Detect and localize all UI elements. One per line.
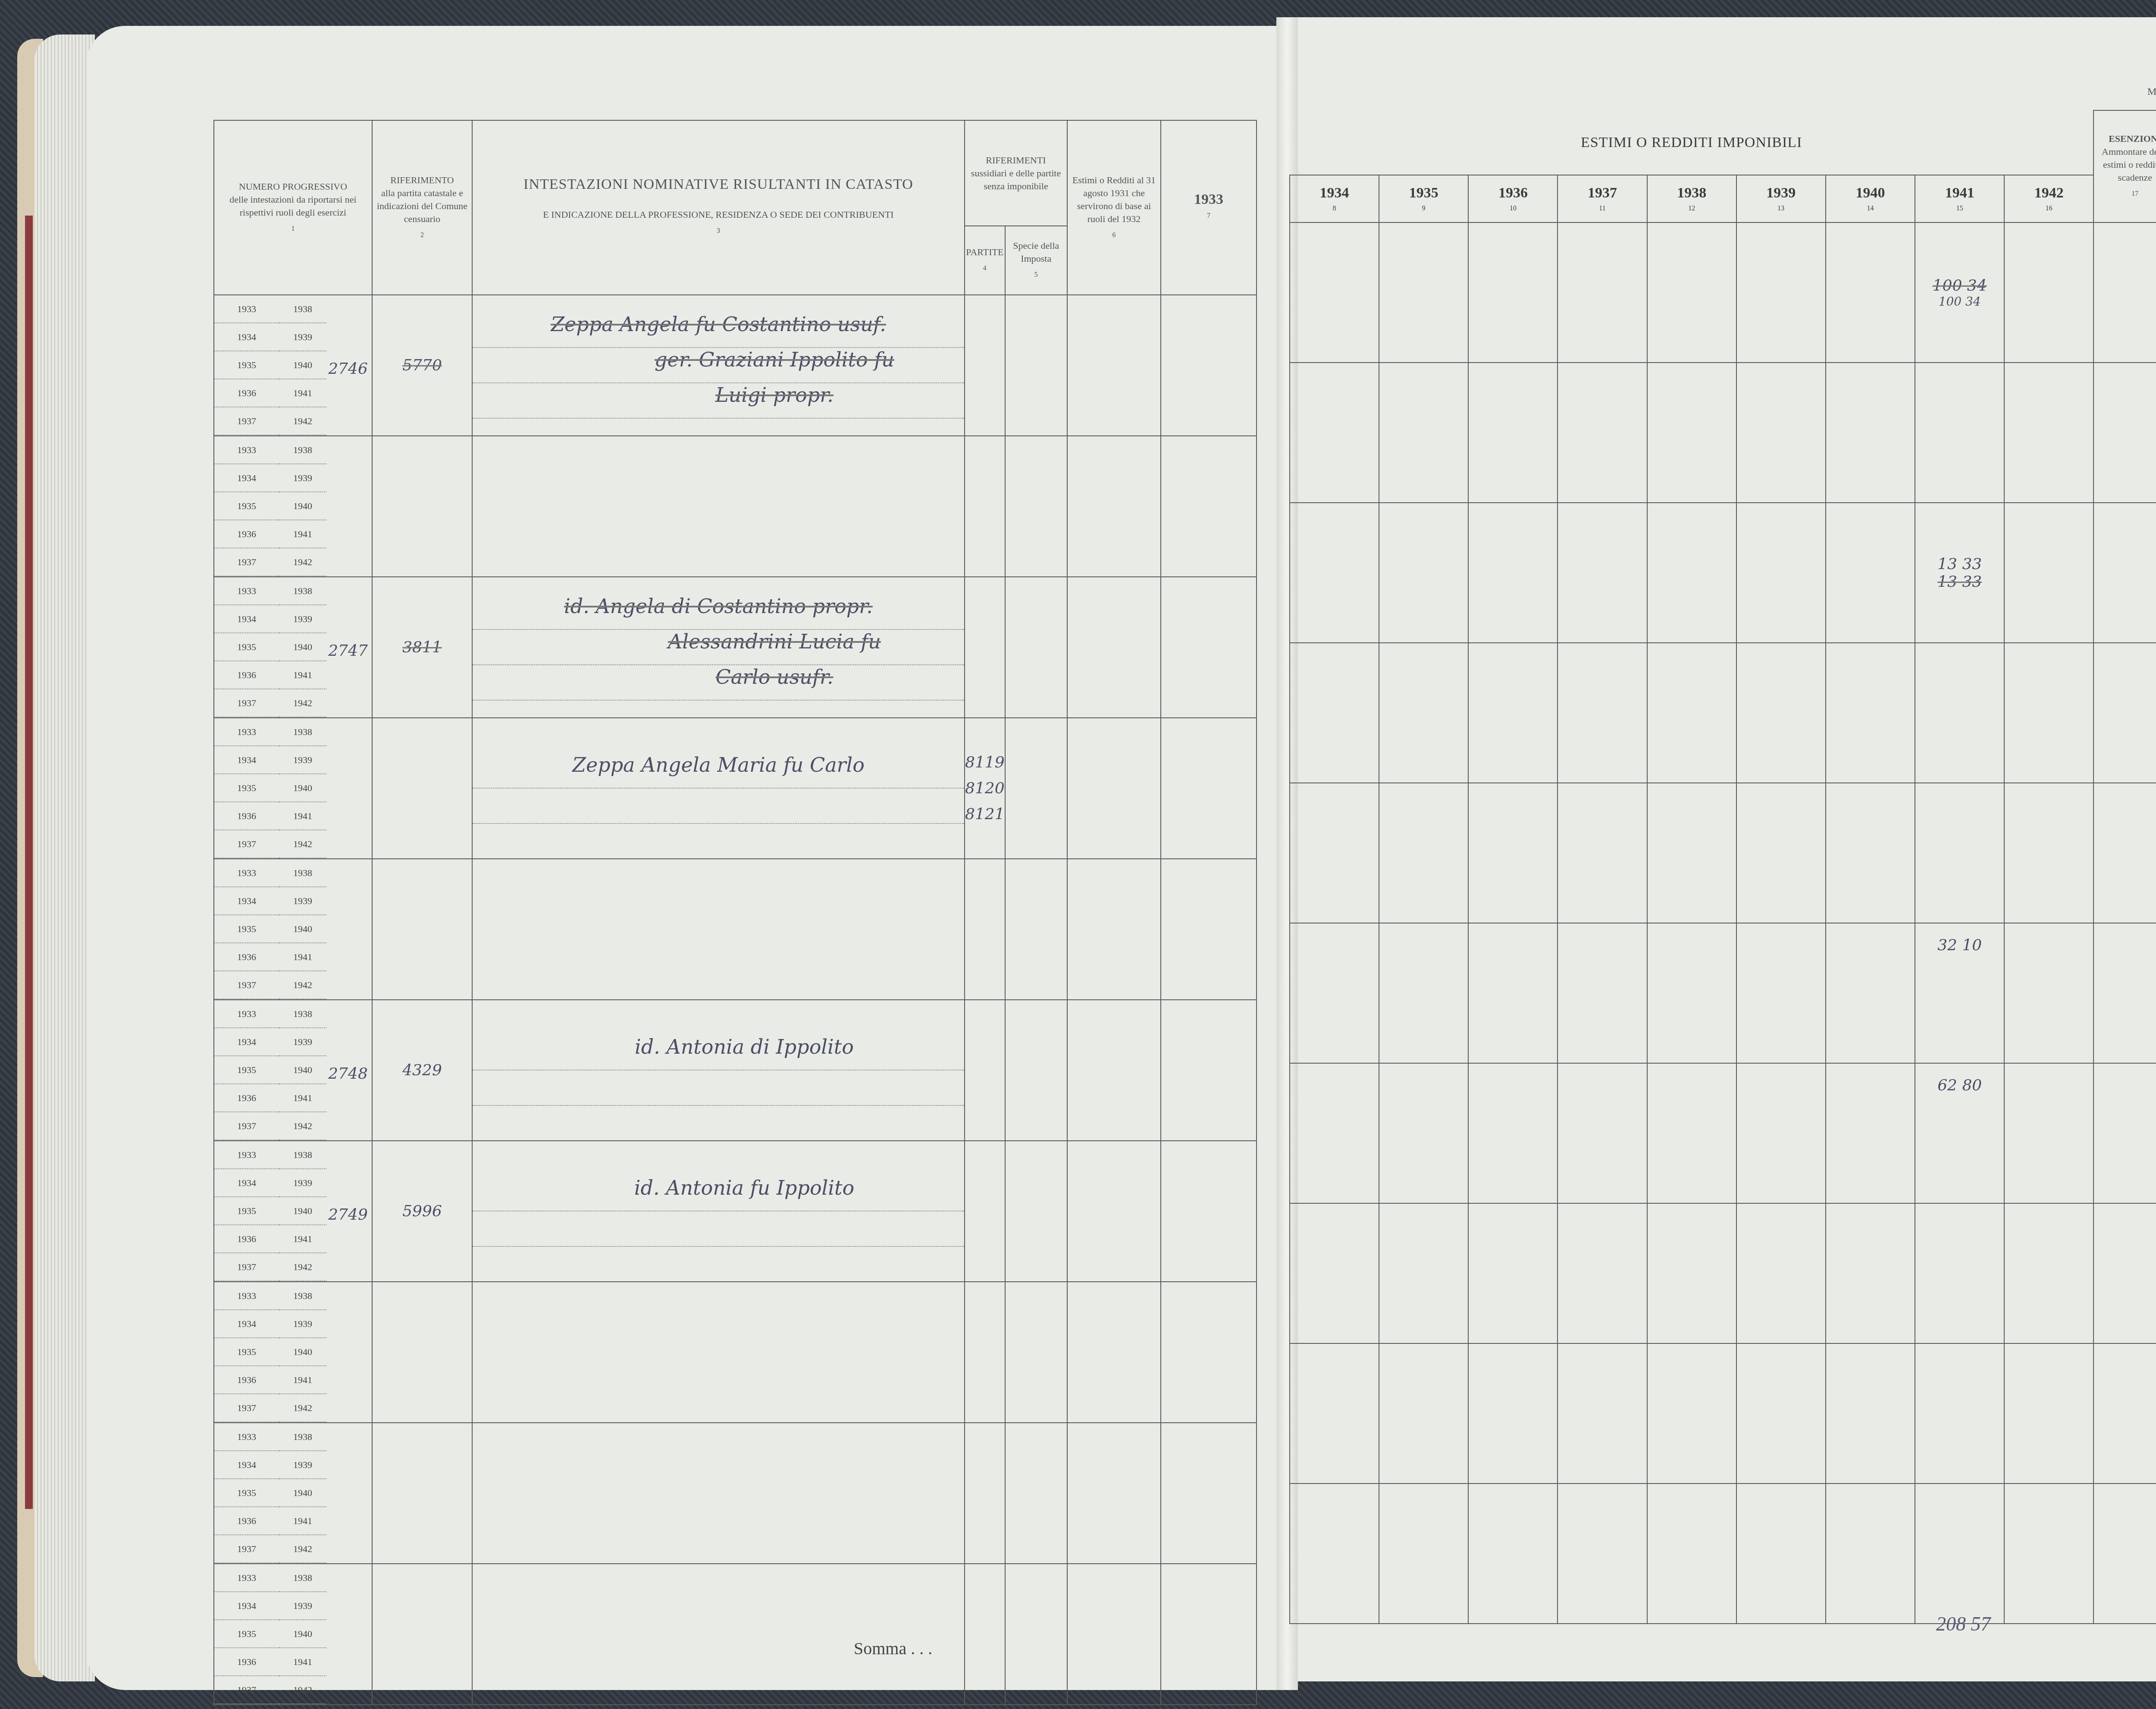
- year-label: 1941: [279, 943, 326, 971]
- year-heading: 1939: [1737, 185, 1825, 201]
- year-block: 1933193419351936193719381939194019411942: [214, 1564, 372, 1705]
- intestazione-line: id. Antonia fu Ippolito: [473, 1176, 964, 1211]
- entry-riferimento: 3811: [372, 577, 472, 718]
- entry-riferimento: [372, 1423, 472, 1564]
- year-label: 1940: [279, 1056, 326, 1084]
- entry-intestazione: id. Angela di Costantino propr. Alessand…: [472, 577, 965, 718]
- year-label: 1939: [279, 464, 326, 492]
- year-label: 1936: [214, 379, 279, 407]
- year-label: 1935: [214, 1620, 279, 1648]
- year-label: 1935: [214, 1197, 279, 1225]
- entry-1933: [1161, 1564, 1257, 1705]
- year-label: 1940: [279, 1338, 326, 1366]
- entry-partite: 8119 8120 8121: [965, 718, 1005, 859]
- header-estimi-1931: Estimi o Redditi al 31 agosto 1931 che s…: [1067, 120, 1161, 295]
- year-label: 1941: [279, 1084, 326, 1112]
- year-label: 1936: [214, 1507, 279, 1535]
- header-year-1940: 194014: [1826, 175, 1915, 222]
- year-label: 1935: [214, 633, 279, 661]
- year-label: 1934: [214, 746, 279, 774]
- entry-estimi-1931: [1067, 859, 1161, 1000]
- header-sub: alla partita catastale e indicazioni del…: [373, 187, 472, 225]
- year-heading: 1938: [1648, 185, 1736, 201]
- ledger-entry-row: 1933193419351936193719381939194019411942…: [214, 1000, 1257, 1141]
- year-label: 1940: [279, 1479, 326, 1507]
- entry-estimi-1931: [1067, 1564, 1161, 1705]
- year-heading: 1942: [2005, 185, 2093, 201]
- intestazione-line: [473, 789, 964, 824]
- year-label: 1933: [214, 1423, 279, 1451]
- entry-riferimento: [372, 718, 472, 859]
- year-label: 1942: [279, 407, 326, 435]
- entry-intestazione: [472, 1564, 965, 1705]
- year-label: 1937: [214, 1394, 279, 1422]
- right-entry-row: 100 34100 34: [1290, 222, 2156, 363]
- header-estimi-redditi: ESTIMI O REDDITI IMPONIBILI: [1290, 110, 2093, 175]
- year-label: 1933: [214, 1141, 279, 1169]
- year-label: 1940: [279, 1197, 326, 1225]
- header-riferimenti-sussidiari: RIFERIMENTI sussidiari e delle partite s…: [965, 120, 1067, 226]
- entry-specie: [1005, 577, 1067, 718]
- year-label: 1933: [214, 718, 279, 746]
- year-label: 1935: [214, 1056, 279, 1084]
- year-label: 1934: [214, 1592, 279, 1620]
- header-year-1934: 19348: [1290, 175, 1379, 222]
- ledger-entry-row: 1933193419351936193719381939194019411942: [214, 436, 1257, 577]
- year-heading: 1934: [1290, 185, 1379, 201]
- header-title: RIFERIMENTO: [373, 174, 472, 187]
- year-block: 1933193419351936193719381939194019411942…: [214, 577, 372, 718]
- intestazione-line: Carlo usufr.: [473, 665, 964, 701]
- header-year-1937: 193711: [1557, 175, 1647, 222]
- year-heading: 1940: [1826, 185, 1915, 201]
- column-number: 13: [1737, 205, 1825, 213]
- entry-1933: [1161, 436, 1257, 577]
- somma-total: 208 57: [1936, 1612, 1991, 1635]
- reddito-value: 13 33: [1915, 555, 2004, 573]
- year-label: 1938: [279, 1141, 326, 1169]
- header-numero-progressivo: NUMERO PROGRESSIVO delle intestazioni da…: [214, 120, 372, 295]
- reddito-1941: 100 34100 34: [1915, 222, 2004, 363]
- right-entry-row: 62 80: [1290, 1063, 2156, 1203]
- year-heading: 1935: [1379, 185, 1468, 201]
- entry-riferimento: [372, 436, 472, 577]
- header-year-1942: 194216: [2004, 175, 2093, 222]
- year-label: 1937: [214, 1112, 279, 1140]
- entry-partite: [965, 859, 1005, 1000]
- intestazione-line: Luigi propr.: [473, 383, 964, 419]
- year-label: 1941: [279, 379, 326, 407]
- year-label: 1936: [214, 943, 279, 971]
- header-title: Specie della Imposta: [1006, 239, 1067, 265]
- entry-riferimento: [372, 859, 472, 1000]
- header-sub: delle intestazioni da riportarsi nei ris…: [214, 193, 372, 219]
- entry-1933: [1161, 1000, 1257, 1141]
- right-entry-row: [1290, 1343, 2156, 1484]
- year-heading: 1937: [1558, 185, 1646, 201]
- year-label: 1937: [214, 689, 279, 717]
- year-block: 1933193419351936193719381939194019411942…: [214, 1000, 372, 1141]
- entry-estimi-1931: [1067, 295, 1161, 436]
- year-label: 1933: [214, 1564, 279, 1592]
- entry-number: 2746: [326, 295, 370, 435]
- reddito-value: 100 34: [1915, 277, 2004, 294]
- entry-estimi-1931: [1067, 718, 1161, 859]
- entry-estimi-1931: [1067, 1000, 1161, 1141]
- entry-number: 2748: [326, 1000, 370, 1140]
- year-label: 1941: [279, 802, 326, 830]
- partita-number: 8120: [965, 776, 1005, 801]
- year-label: 1934: [214, 1310, 279, 1338]
- column-number: 10: [1469, 205, 1557, 213]
- year-label: 1937: [214, 1535, 279, 1563]
- year-label: 1940: [279, 351, 326, 379]
- entry-1933: [1161, 295, 1257, 436]
- entry-specie: [1005, 295, 1067, 436]
- year-label: 1941: [279, 1648, 326, 1676]
- page-stack-edge: [34, 34, 95, 1681]
- entry-riferimento: 5770: [372, 295, 472, 436]
- year-label: 1942: [279, 1394, 326, 1422]
- header-intestazioni: INTESTAZIONI NOMINATIVE RISULTANTI IN CA…: [472, 120, 965, 295]
- header-year-1939: 193913: [1736, 175, 1826, 222]
- year-block: 1933193419351936193719381939194019411942: [214, 718, 372, 859]
- year-label: 1942: [279, 971, 326, 999]
- column-number: 6: [1068, 229, 1160, 242]
- intestazione-line: Alessandrini Lucia fu: [473, 630, 964, 665]
- entry-partite: [965, 1282, 1005, 1423]
- year-label: 1940: [279, 915, 326, 943]
- entry-estimi-1931: [1067, 1282, 1161, 1423]
- entry-intestazione: [472, 436, 965, 577]
- esenzioni-cell: [2093, 222, 2156, 363]
- year-label: 1938: [279, 859, 326, 887]
- header-sub: Ammontare degli estimi o redditi e scade…: [2094, 145, 2156, 184]
- year-label: 1942: [279, 830, 326, 858]
- year-label: 1933: [214, 295, 279, 323]
- right-entry-row: [1290, 1203, 2156, 1343]
- entry-partite: [965, 295, 1005, 436]
- year-label: 1934: [214, 1028, 279, 1056]
- reddito-note: 13 33: [1915, 573, 2004, 591]
- year-block: 1933193419351936193719381939194019411942: [214, 1282, 372, 1423]
- year-label: 1942: [279, 1253, 326, 1281]
- ledger-entry-row: 1933193419351936193719381939194019411942…: [214, 1141, 1257, 1282]
- ledger-entry-row: 1933193419351936193719381939194019411942…: [214, 718, 1257, 859]
- partita-number: 8121: [965, 801, 1005, 827]
- column-number: 11: [1558, 205, 1646, 213]
- ledger-entry-row: 1933193419351936193719381939194019411942: [214, 1282, 1257, 1423]
- year-label: 1938: [279, 1000, 326, 1028]
- year-label: 1935: [214, 492, 279, 520]
- year-heading: 1941: [1915, 185, 2004, 201]
- header-partite: PARTITE 4: [965, 226, 1005, 295]
- year-block: 1933193419351936193719381939194019411942…: [214, 1141, 372, 1282]
- intestazione-line: id. Angela di Costantino propr.: [473, 595, 964, 630]
- entry-partite: [965, 577, 1005, 718]
- intestazione-line: id. Antonia di Ippolito: [473, 1035, 964, 1070]
- entry-1933: [1161, 1141, 1257, 1282]
- header-year-1938: 193812: [1647, 175, 1736, 222]
- year-label: 1935: [214, 774, 279, 802]
- entry-estimi-1931: [1067, 1141, 1161, 1282]
- year-label: 1933: [214, 577, 279, 605]
- year-label: 1939: [279, 746, 326, 774]
- right-entry-row: [1290, 1484, 2156, 1624]
- right-entry-row: 13 3313 33: [1290, 503, 2156, 643]
- header-year-1933: 1933 7: [1161, 120, 1257, 295]
- header-sub: sussidiari e delle partite senza imponib…: [965, 167, 1067, 193]
- year-label: 1934: [214, 323, 279, 351]
- header-sub: E INDICAZIONE DELLA PROFESSIONE, RESIDEN…: [473, 208, 964, 221]
- right-entry-row: [1290, 643, 2156, 783]
- year-label: 1939: [279, 1310, 326, 1338]
- year-label: 1939: [279, 887, 326, 915]
- year-label: 1937: [214, 971, 279, 999]
- entry-1933: [1161, 859, 1257, 1000]
- header-riferimento: RIFERIMENTO alla partita catastale e ind…: [372, 120, 472, 295]
- entry-specie: [1005, 1282, 1067, 1423]
- right-entry-row: 32 10: [1290, 923, 2156, 1063]
- year-label: 1934: [214, 605, 279, 633]
- entry-estimi-1931: [1067, 577, 1161, 718]
- right-ledger-table: ESTIMI O REDDITI IMPONIBILI ESENZIONI Am…: [1289, 110, 2156, 1624]
- year-label: 1937: [214, 1676, 279, 1704]
- year-label: 1940: [279, 492, 326, 520]
- year-label: 1936: [214, 1084, 279, 1112]
- header-title: RIFERIMENTI: [965, 154, 1067, 167]
- year-list-left: 19331934193519361937: [214, 295, 279, 435]
- header-esenzioni: ESENZIONI Ammontare degli estimi o reddi…: [2093, 110, 2156, 222]
- year-label: 1942: [279, 689, 326, 717]
- intestazione-line: [473, 1070, 964, 1106]
- column-number: 4: [965, 262, 1005, 275]
- year-label: 1936: [214, 661, 279, 689]
- entry-intestazione: [472, 859, 965, 1000]
- somma-label: Somma . . .: [854, 1638, 932, 1659]
- header-year-1941: 194115: [1915, 175, 2004, 222]
- intestazione-line: Zeppa Angela Maria fu Carlo: [473, 753, 964, 789]
- right-entry-row: [1290, 783, 2156, 923]
- year-block: 1933193419351936193719381939194019411942: [214, 1423, 372, 1564]
- year-label: 1939: [279, 1028, 326, 1056]
- year-label: 1942: [279, 1676, 326, 1704]
- year-label: 1934: [214, 1451, 279, 1479]
- year-label: 1941: [279, 1366, 326, 1394]
- entry-intestazione: [472, 1282, 965, 1423]
- entry-specie: [1005, 859, 1067, 1000]
- reddito-note: 100 34: [1915, 294, 2004, 309]
- intestazione-line: Zeppa Angela fu Costantino usuf.: [473, 313, 964, 348]
- year-heading: 1936: [1469, 185, 1557, 201]
- entry-intestazione: Zeppa Angela fu Costantino usuf. ger. Gr…: [472, 295, 965, 436]
- entry-intestazione: Zeppa Angela Maria fu Carlo: [472, 718, 965, 859]
- column-number: 3: [473, 225, 964, 238]
- entry-estimi-1931: [1067, 436, 1161, 577]
- column-number: 14: [1826, 205, 1915, 213]
- ledger-entry-row: 1933193419351936193719381939194019411942: [214, 859, 1257, 1000]
- year-label: 1933: [214, 436, 279, 464]
- ledger-entry-row: 1933193419351936193719381939194019411942: [214, 1423, 1257, 1564]
- column-number: 15: [1915, 205, 2004, 213]
- year-label: 1938: [279, 1564, 326, 1592]
- year-label: 1936: [214, 1225, 279, 1253]
- ledger-entry-row: 1933193419351936193719381939194019411942…: [214, 577, 1257, 718]
- header-title: Estimi o Redditi al 31 agosto 1931 che s…: [1068, 174, 1160, 225]
- reddito-1941: 32 10: [1915, 923, 2004, 1063]
- year-label: 1934: [214, 1169, 279, 1197]
- year-label: 1939: [279, 1592, 326, 1620]
- entry-intestazione: id. Antonia di Ippolito: [472, 1000, 965, 1141]
- year-label: 1941: [279, 520, 326, 548]
- year-label: 1942: [279, 1112, 326, 1140]
- entry-riferimento: 4329: [372, 1000, 472, 1141]
- year-label: 1937: [214, 830, 279, 858]
- year-label: 1933: [214, 1282, 279, 1310]
- header-year-1935: 19359: [1379, 175, 1468, 222]
- year-list-right: 19381939194019411942: [279, 295, 326, 435]
- year-label: 1938: [279, 295, 326, 323]
- entry-number: 2749: [326, 1141, 370, 1281]
- column-number: 7: [1161, 210, 1256, 222]
- header-title: INTESTAZIONI NOMINATIVE RISULTANTI IN CA…: [473, 178, 964, 191]
- year-label: 1941: [279, 1225, 326, 1253]
- entry-intestazione: id. Antonia fu Ippolito: [472, 1141, 965, 1282]
- entry-1933: [1161, 1423, 1257, 1564]
- header-specie-imposta: Specie della Imposta 5: [1005, 226, 1067, 295]
- year-label: 1939: [279, 1451, 326, 1479]
- right-entry-row: [1290, 363, 2156, 503]
- entry-intestazione: [472, 1423, 965, 1564]
- year-label: 1937: [214, 407, 279, 435]
- year-label: 1937: [214, 548, 279, 576]
- year-label: 1939: [279, 1169, 326, 1197]
- year-label: 1940: [279, 1620, 326, 1648]
- year-label: 1936: [214, 1366, 279, 1394]
- entry-partite: [965, 1000, 1005, 1141]
- header-title: PARTITE: [965, 246, 1005, 259]
- entry-riferimento: [372, 1564, 472, 1705]
- year-label: 1941: [279, 661, 326, 689]
- entry-partite: [965, 1141, 1005, 1282]
- year-label: 1938: [279, 577, 326, 605]
- entry-specie: [1005, 1423, 1067, 1564]
- column-number: 1: [214, 222, 372, 235]
- year-label: 1938: [279, 436, 326, 464]
- year-block: 1933193419351936193719381939194019411942: [214, 859, 372, 1000]
- year-label: 1936: [214, 802, 279, 830]
- form-code: Mod. 111 - Imposte Dirette (Intercalare)…: [2147, 86, 2156, 98]
- ledger-entry-row: 1933193419351936193719381939194019411942: [214, 1564, 1257, 1705]
- reddito-1941: 62 80: [1915, 1063, 2004, 1203]
- column-number: 12: [1648, 205, 1736, 213]
- year-label: 1933: [214, 859, 279, 887]
- partita-number: 8119: [965, 750, 1005, 776]
- year-block: 1933193419351936193719381939194019411942: [214, 436, 372, 577]
- year-label: 1935: [214, 351, 279, 379]
- year-label: 1935: [214, 1338, 279, 1366]
- red-page-edge: [25, 216, 33, 1509]
- year-label: 1942: [279, 548, 326, 576]
- entry-partite: [965, 1423, 1005, 1564]
- year-label: 1934: [214, 887, 279, 915]
- intestazione-line: [473, 1211, 964, 1247]
- entry-specie: [1005, 1564, 1067, 1705]
- year-label: 1933: [214, 1000, 279, 1028]
- left-ledger-table: NUMERO PROGRESSIVO delle intestazioni da…: [213, 120, 1257, 1705]
- entry-1933: [1161, 718, 1257, 859]
- column-number: 17: [2094, 188, 2156, 200]
- year-label: 1940: [279, 774, 326, 802]
- entry-riferimento: 5996: [372, 1141, 472, 1282]
- column-number: 9: [1379, 205, 1468, 213]
- header-title: 1933: [1161, 193, 1256, 206]
- entry-specie: [1005, 1000, 1067, 1141]
- year-label: 1934: [214, 464, 279, 492]
- year-label: 1935: [214, 915, 279, 943]
- entry-specie: [1005, 436, 1067, 577]
- year-label: 1941: [279, 1507, 326, 1535]
- column-number: 16: [2005, 205, 2093, 213]
- entry-specie: [1005, 718, 1067, 859]
- entry-number: 2747: [326, 577, 370, 717]
- entry-1933: [1161, 1282, 1257, 1423]
- entry-specie: [1005, 1141, 1067, 1282]
- header-title: ESENZIONI: [2094, 132, 2156, 145]
- year-label: 1939: [279, 323, 326, 351]
- year-label: 1938: [279, 718, 326, 746]
- entry-estimi-1931: [1067, 1423, 1161, 1564]
- entry-riferimento: [372, 1282, 472, 1423]
- column-number: 2: [373, 229, 472, 242]
- entry-partite: [965, 436, 1005, 577]
- intestazione-line: ger. Graziani Ippolito fu: [473, 348, 964, 383]
- ledger-entry-row: 19331934193519361937 1938193919401941194…: [214, 295, 1257, 436]
- year-block: 19331934193519361937 1938193919401941194…: [214, 295, 372, 436]
- column-number: 5: [1006, 269, 1067, 282]
- year-label: 1936: [214, 1648, 279, 1676]
- header-year-1936: 193610: [1468, 175, 1557, 222]
- header-title: NUMERO PROGRESSIVO: [214, 180, 372, 193]
- year-label: 1938: [279, 1423, 326, 1451]
- entry-1933: [1161, 577, 1257, 718]
- year-label: 1935: [214, 1479, 279, 1507]
- year-label: 1938: [279, 1282, 326, 1310]
- year-label: 1942: [279, 1535, 326, 1563]
- year-label: 1940: [279, 633, 326, 661]
- year-label: 1937: [214, 1253, 279, 1281]
- year-label: 1936: [214, 520, 279, 548]
- reddito-1941: 13 3313 33: [1915, 503, 2004, 643]
- year-label: 1939: [279, 605, 326, 633]
- column-number: 8: [1290, 205, 1379, 213]
- entry-partite: [965, 1564, 1005, 1705]
